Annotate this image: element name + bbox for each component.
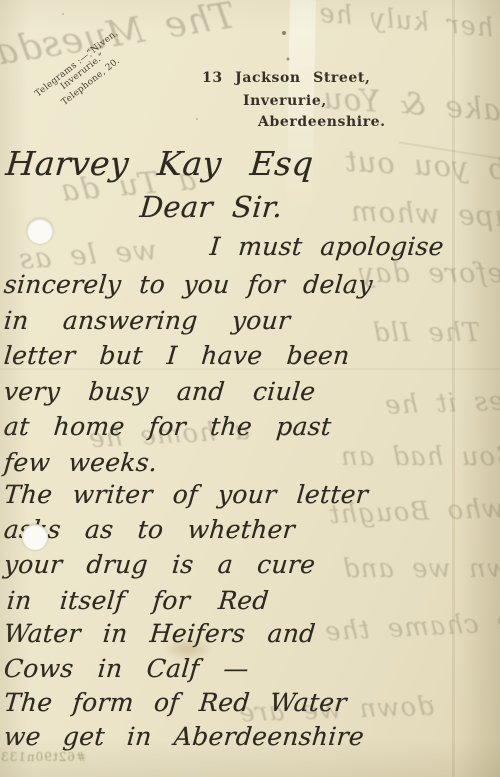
bleedthrough-text: down we and xyxy=(342,554,500,584)
handwriting-line: sincerely to you for delay xyxy=(3,270,374,299)
mirrored-stamp: #62t90n133 xyxy=(0,750,86,764)
handwriting-line: in answering your xyxy=(3,306,292,335)
handwriting-line: Harvey Kay Esq xyxy=(4,144,315,183)
punch-hole-bottom xyxy=(22,524,48,550)
bleedthrough-text: dues it he xyxy=(384,385,500,420)
handwriting-line: Cows in Calf — xyxy=(3,654,250,683)
bleedthrough-text: b you out xyxy=(343,144,500,186)
bleedthrough-text: Shape whom xyxy=(349,195,500,235)
punch-hole-top xyxy=(27,218,53,244)
handwriting-line: The form of Red Water xyxy=(3,688,348,717)
letter-page: The Muesda to her kuly he Cake & You b y… xyxy=(0,0,500,777)
handwriting-line: Dear Sir. xyxy=(139,190,285,224)
address-line-1: 13 Jackson Street, xyxy=(202,70,370,86)
handwriting-line: very busy and ciule xyxy=(3,377,317,406)
handwriting-line: Water in Heifers and xyxy=(3,619,317,648)
handwriting-line: we get in Aberdeenshire xyxy=(3,722,366,751)
bleedthrough-text: before day xyxy=(358,258,500,289)
address-line-3: Aberdeenshire. xyxy=(258,114,386,130)
handwriting-line: your drug is a cure xyxy=(3,550,317,579)
bleedthrough-text: The Ild xyxy=(372,318,480,348)
handwriting-line: at home for the past xyxy=(3,412,333,441)
handwriting-line: few weeks. xyxy=(3,448,159,477)
bleedthrough-text: Sou had an xyxy=(340,442,500,472)
bleedthrough-text: he chame the xyxy=(323,607,500,648)
bleedthrough-text: to her kuly he xyxy=(317,0,500,48)
address-line-2: Inverurie, xyxy=(243,93,327,109)
paper-specks xyxy=(0,0,2,2)
handwriting-line: letter but I have been xyxy=(3,341,351,370)
handwriting-line: I must apologise xyxy=(209,232,445,261)
handwriting-line: The writer of your letter xyxy=(3,480,370,509)
handwriting-line: in itself for Red xyxy=(6,586,270,615)
